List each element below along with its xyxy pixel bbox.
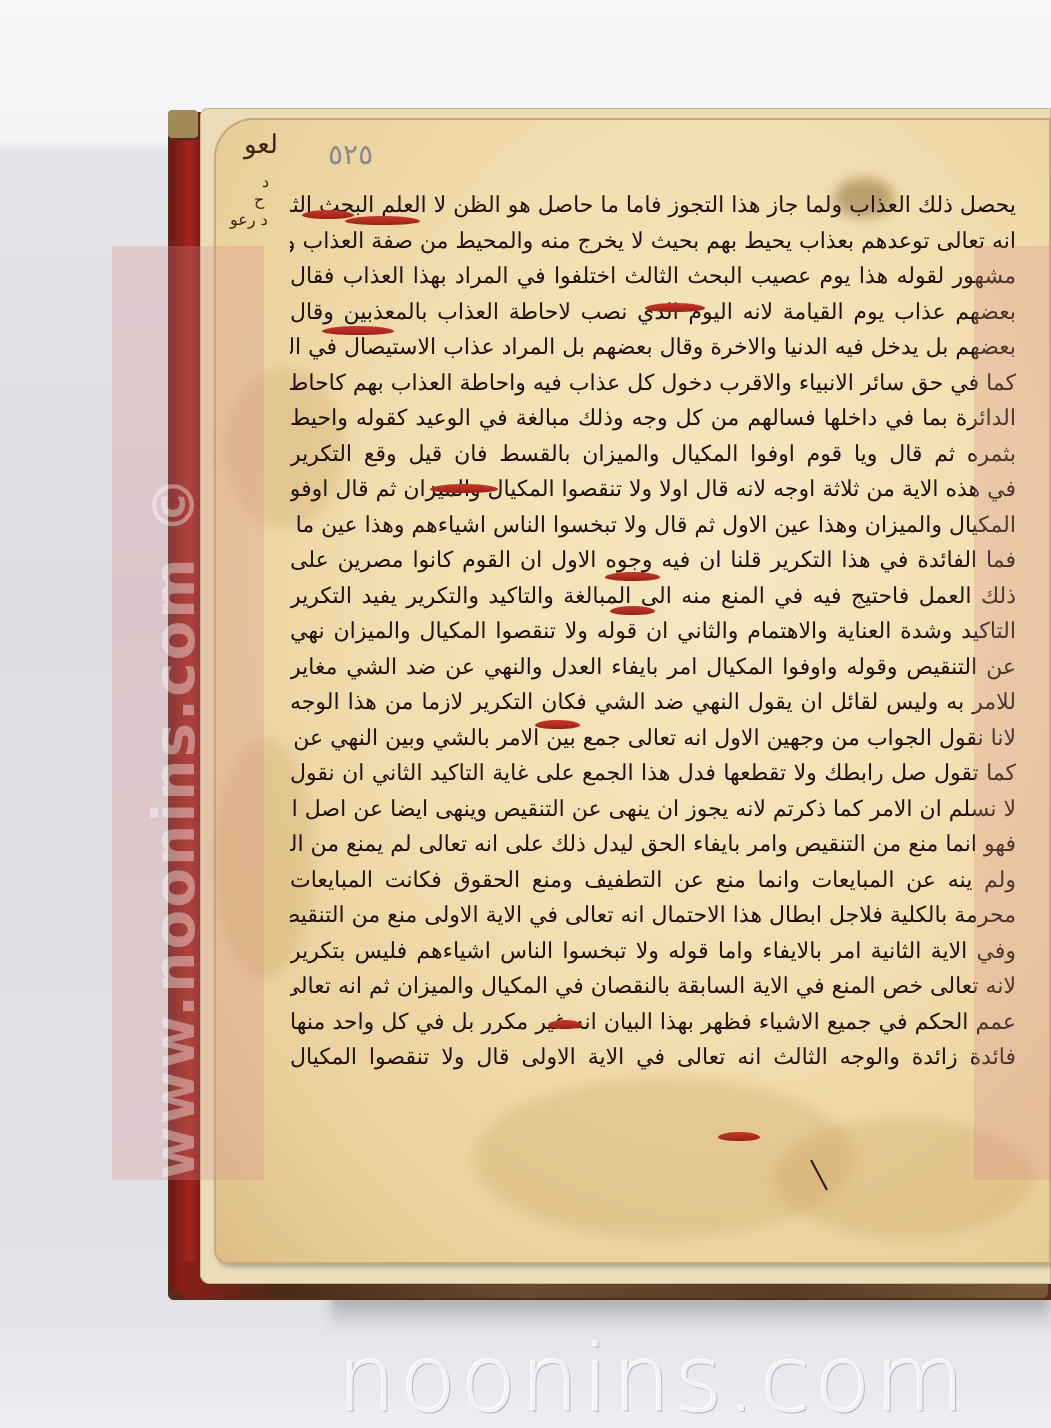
text-line: ولم ينه عن المبايعات وانما منع عن التطفي… [290,863,1016,899]
rubric-mark [345,216,420,225]
text-line: كما تقول صل رابطك ولا تقطعها فدل هذا الج… [290,756,1016,792]
text-line: كما في حق سائر الانبياء والاقرب دخول كل … [290,366,1016,402]
rubric-mark [610,606,655,615]
text-line: عن التنقيص وقوله واوفوا المكيال امر بايف… [290,650,1016,686]
rubric-mark [645,303,705,312]
margin-note: د رعو [230,210,268,229]
text-line: لا نسلم ان الامر كما ذكرتم لانه يجوز ان … [290,792,1016,828]
rubric-mark [430,484,498,493]
watermark-bottom: noonins.com [338,1326,969,1428]
text-line: عمم الحكم في جميع الاشياء فظهر بهذا البي… [290,1005,1016,1041]
text-line: في هذه الاية من ثلاثة اوجه لانه قال اولا… [290,472,1016,508]
rubric-mark [548,1020,582,1029]
rubric-mark [605,572,660,581]
watermark-band-right [974,246,1051,1180]
text-line: الدائرة بما في داخلها فسالهم من كل وجه و… [290,401,1016,437]
text-line: محرمة بالكلية فلاجل ابطال هذا الاحتمال ا… [290,898,1016,934]
watermark-vertical: www.noonins.com © [140,474,208,1180]
rubric-mark [302,210,354,219]
text-line: لانه تعالى خص المنع في الاية السابقة بال… [290,969,1016,1005]
text-line: فائدة زائدة والوجه الثالث انه تعالى في ا… [290,1040,1016,1076]
text-line: مشهور لقوله هذا يوم عصيب البحث الثالث اخ… [290,259,1016,295]
text-line: للامر به وليس لقائل ان يقول النهي ضد الش… [290,685,1016,721]
text-line: لانا نقول الجواب من وجهين الاول انه تعال… [290,721,1016,757]
folio-number: ٥٢٥ [328,138,373,171]
margin-note: ح [254,190,264,209]
rubric-mark [322,326,394,335]
frayed-spine-corner [168,110,198,138]
manuscript-text-block: يحصل ذلك العذاب ولما جاز هذا التجوز فاما… [290,188,1016,1076]
rubric-mark [718,1132,760,1141]
text-line: المكيال والميزان وهذا عين الاول ثم قال و… [290,508,1016,544]
text-line: بثمره ثم قال ويا قوم اوفوا المكيال والمي… [290,437,1016,473]
text-line: بعضهم عذاب يوم القيامة لانه اليوم الذي ن… [290,295,1016,331]
text-line: فهو انما منع من التنقيص وامر بايفاء الحق… [290,827,1016,863]
margin-note: د [262,172,269,191]
rubric-mark [535,720,580,729]
text-line: التاكيد وشدة العناية والاهتمام والثاني ا… [290,614,1016,650]
text-line: انه تعالى توعدهم بعذاب يحيط بهم بحيث لا … [290,224,1016,260]
text-line: بعضهم بل يدخل فيه الدنيا والاخرة وقال بع… [290,330,1016,366]
catchword-top-left: لعو [244,130,278,160]
text-line: وفي الاية الثانية امر بالايفاء واما قوله… [290,934,1016,970]
